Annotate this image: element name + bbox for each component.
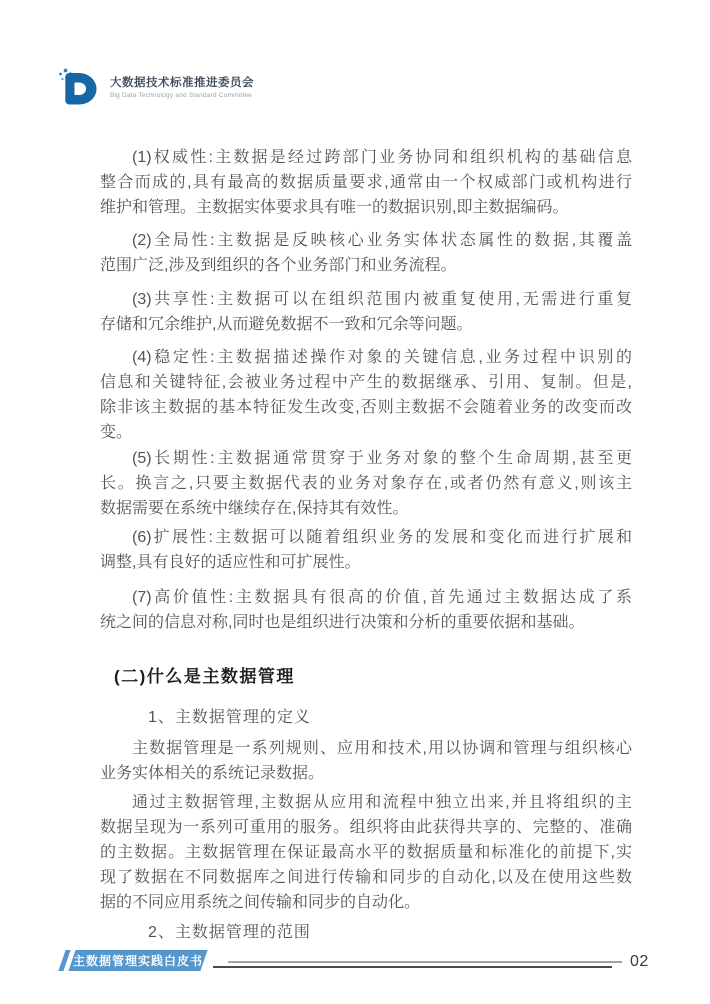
header-logo: 大数据技术标准推进委员会 Big Data Technology and Sta… — [57, 66, 254, 110]
text-line: 维护和管理。主数据实体要求具有唯一的数据识别,即主数据编码。 — [100, 195, 632, 220]
text-line: (3)共享性:主数据可以在组织范围内被重复使用,无需进行重复 — [100, 287, 632, 312]
footer-rule-light — [228, 961, 622, 963]
paragraph-extensibility: (6)扩展性:主数据可以随着组织业务的发展和变化而进行扩展和调整,具有良好的适应… — [100, 525, 632, 575]
text-line: 统之间的信息对称,同时也是组织进行决策和分析的重要依据和基础。 — [100, 610, 632, 635]
paragraph-longevity: (5)长期性:主数据通常贯穿于业务对象的整个生命周期,甚至更长。换言之,只要主数… — [100, 446, 632, 521]
text-line: 范围广泛,涉及到组织的各个业务部门和业务流程。 — [100, 253, 632, 278]
logo-subtitle: Big Data Technology and Standard Committ… — [110, 91, 254, 100]
paragraph-globality: (2)全局性:主数据是反映核心业务实体状态属性的数据,其覆盖范围广泛,涉及到组织… — [100, 228, 632, 278]
text-line: 除非该主数据的基本特征发生改变,否则主数据不会随着业务的改变而改 — [100, 395, 632, 420]
paragraph-stability: (4)稳定性:主数据描述操作对象的关键信息,业务过程中识别的信息和关键特征,会被… — [100, 345, 632, 445]
footer-rule-dark — [213, 966, 612, 968]
paragraph-authority: (1)权威性:主数据是经过跨部门业务协同和组织机构的基础信息整合而成的,具有最高… — [100, 145, 632, 220]
text-line: (1)权威性:主数据是经过跨部门业务协同和组织机构的基础信息 — [100, 145, 632, 170]
document-page: 大数据技术标准推进委员会 Big Data Technology and Sta… — [0, 0, 710, 1004]
paragraph-definition: 主数据管理是一系列规则、应用和技术,用以协调和管理与组织核心业务实体相关的系统记… — [100, 736, 632, 786]
text-line: 长。换言之,只要主数据代表的业务对象存在,或者仍然有意义,则该主 — [100, 471, 632, 496]
text-line: 主数据管理是一系列规则、应用和技术,用以协调和管理与组织核心 — [100, 736, 632, 761]
text-line: (6)扩展性:主数据可以随着组织业务的发展和变化而进行扩展和 — [100, 525, 632, 550]
text-line: 数据呈现为一系列可重用的服务。组织将由此获得共享的、完整的、准确 — [100, 815, 632, 840]
subsection-scope: 2、主数据管理的范围 — [148, 919, 598, 942]
text-line: 据的不同应用系统之间传输和同步的自动化。 — [100, 890, 632, 915]
text-line: 调整,具有良好的适应性和可扩展性。 — [100, 550, 632, 575]
logo-d-icon — [57, 66, 101, 110]
text-line: 存储和冗余维护,从而避免数据不一致和冗余等问题。 — [100, 312, 632, 337]
text-line: 业务实体相关的系统记录数据。 — [100, 761, 632, 786]
text-line: 数据需要在系统中继续存在,保持其有效性。 — [100, 496, 632, 521]
text-line: (2)全局性:主数据是反映核心业务实体状态属性的数据,其覆盖 — [100, 228, 632, 253]
logo-text: 大数据技术标准推进委员会 Big Data Technology and Sta… — [110, 76, 254, 100]
section-heading: (二)什么是主数据管理 — [114, 662, 614, 687]
subsection-definition: 1、主数据管理的定义 — [148, 704, 598, 727]
logo-title: 大数据技术标准推进委员会 — [110, 76, 254, 91]
text-line: 整合而成的,具有最高的数据质量要求,通常由一个权威部门或机构进行 — [100, 170, 632, 195]
paragraph-high-value: (7)高价值性:主数据具有很高的价值,首先通过主数据达成了系统之间的信息对称,同… — [100, 585, 632, 635]
text-line: (5)长期性:主数据通常贯穿于业务对象的整个生命周期,甚至更 — [100, 446, 632, 471]
text-line: 的主数据。主数据管理在保证最高水平的数据质量和标准化的前提下,实 — [100, 840, 632, 865]
paragraph-sharability: (3)共享性:主数据可以在组织范围内被重复使用,无需进行重复存储和冗余维护,从而… — [100, 287, 632, 337]
text-line: (4)稳定性:主数据描述操作对象的关键信息,业务过程中识别的 — [100, 345, 632, 370]
text-line: 通过主数据管理,主数据从应用和流程中独立出来,并且将组织的主 — [100, 790, 632, 815]
paragraph-management: 通过主数据管理,主数据从应用和流程中独立出来,并且将组织的主数据呈现为一系列可重… — [100, 790, 632, 915]
footer-badge: 主数据管理实践白皮书 — [72, 950, 204, 971]
text-line: 信息和关键特征,会被业务过程中产生的数据继承、引用、复制。但是, — [100, 370, 632, 395]
page-number: 02 — [630, 953, 649, 971]
text-line: 现了数据在不同数据库之间进行传输和同步的自动化,以及在使用这些数 — [100, 865, 632, 890]
footer-badge-label: 主数据管理实践白皮书 — [72, 950, 204, 971]
text-line: 变。 — [100, 420, 632, 445]
text-line: (7)高价值性:主数据具有很高的价值,首先通过主数据达成了系 — [100, 585, 632, 610]
